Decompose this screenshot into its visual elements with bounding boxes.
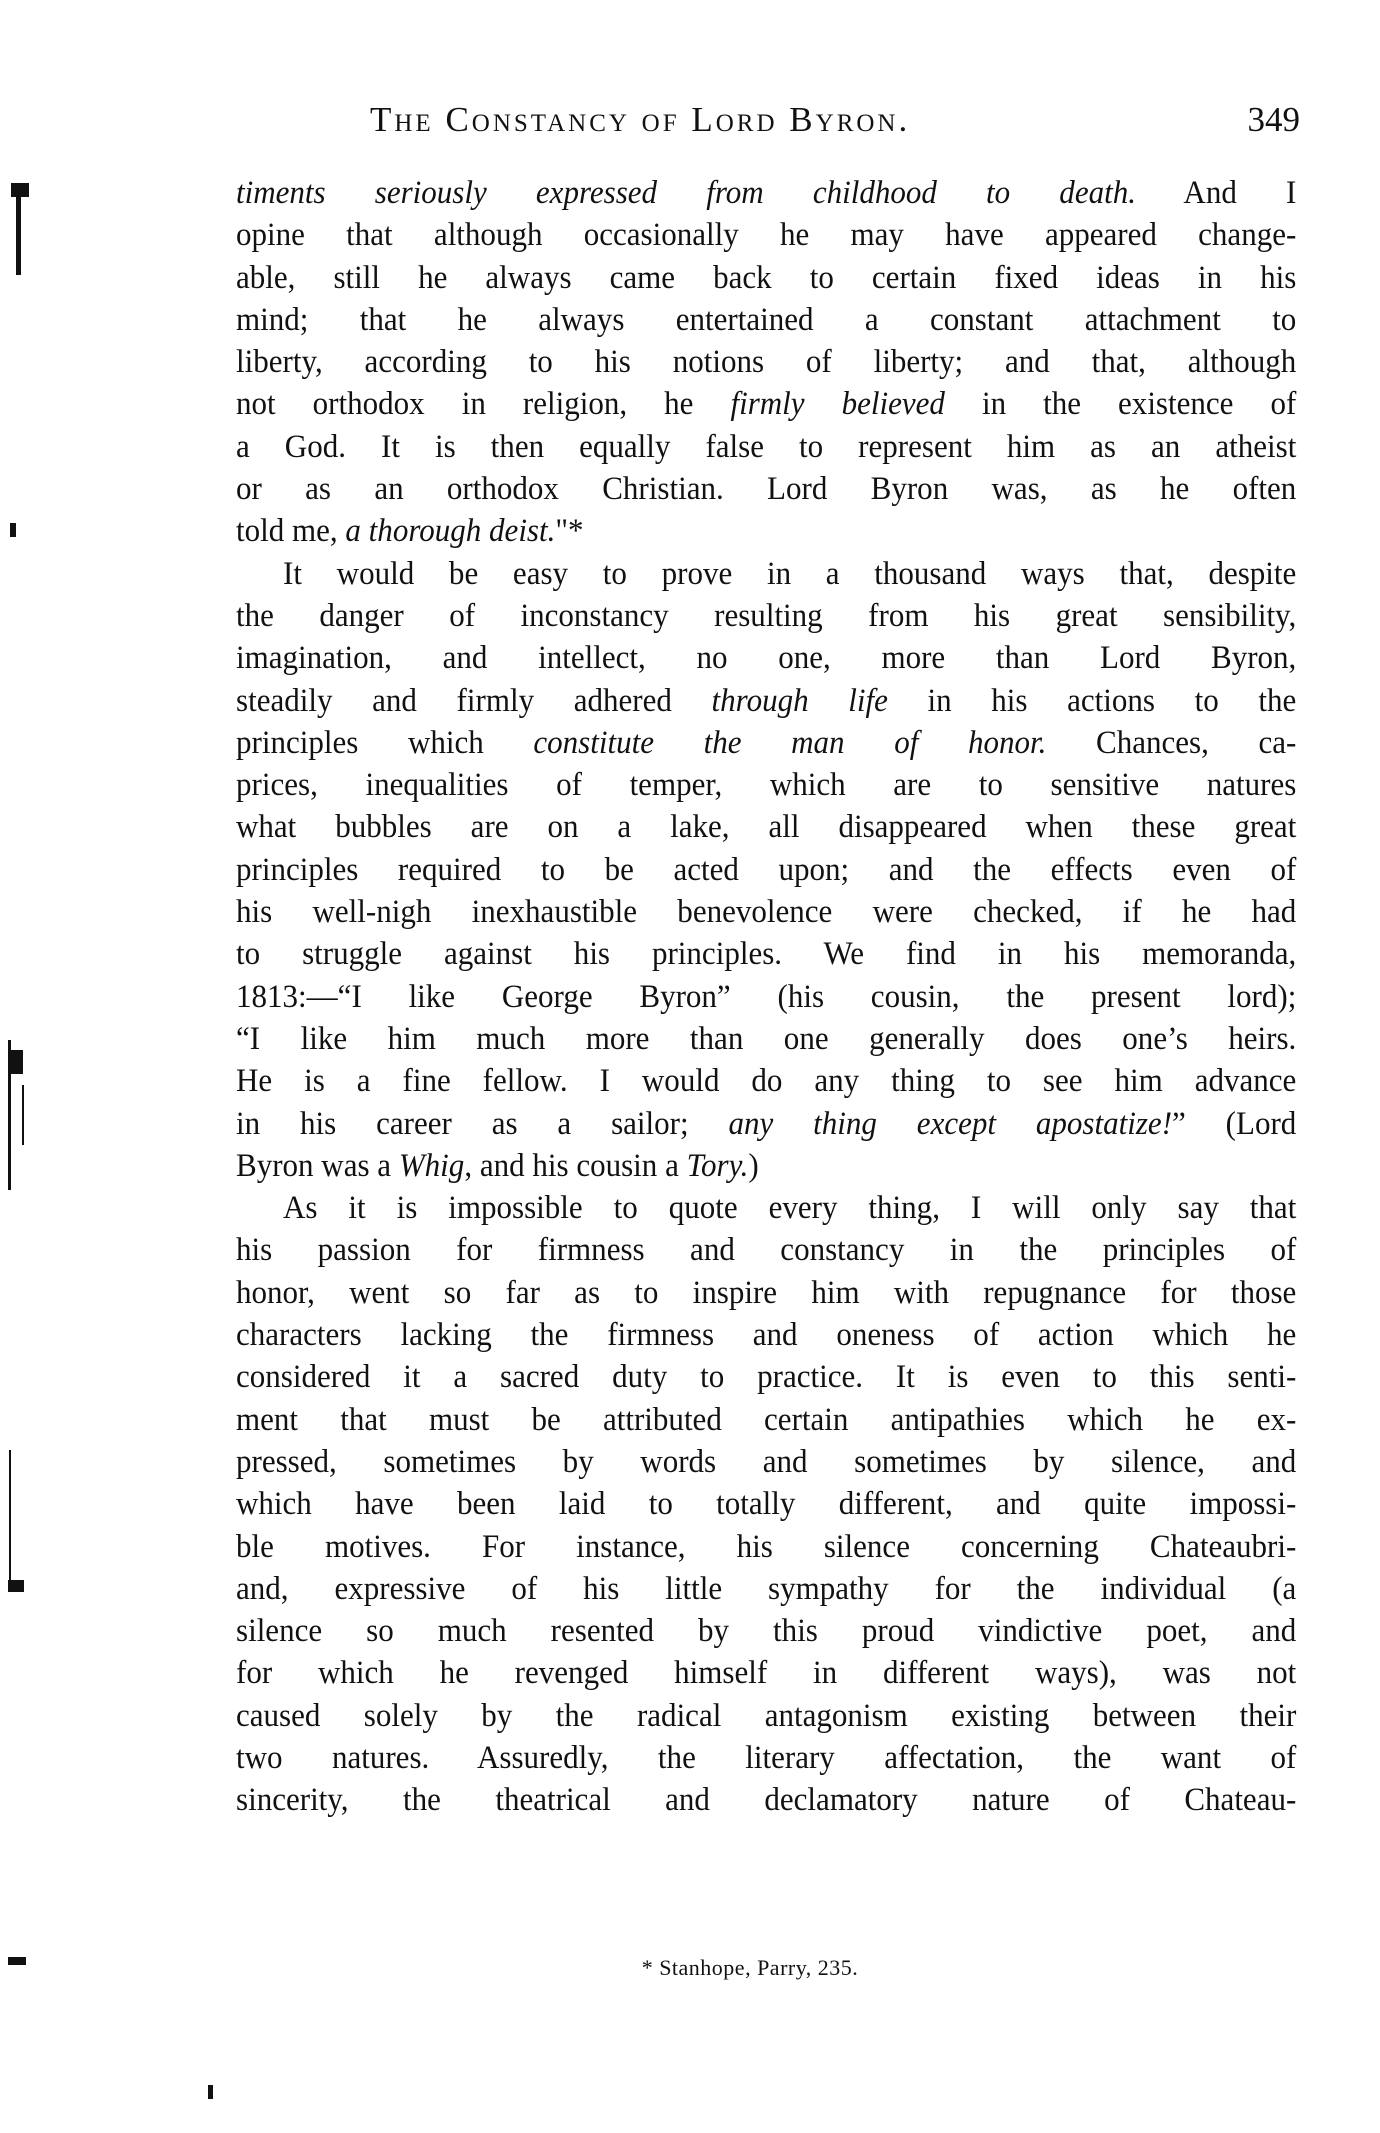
- text-segment: pressed, sometimes by words and sometime…: [236, 1444, 1296, 1480]
- text-segment: Chances, ca-: [1046, 725, 1296, 761]
- text-line: to struggle against his principles. We f…: [236, 933, 1296, 975]
- text-segment: two natures. Assuredly, the literary aff…: [236, 1740, 1296, 1776]
- text-line: able, still he always came back to certa…: [236, 257, 1296, 299]
- text-segment: characters lacking the firmness and onen…: [236, 1317, 1296, 1353]
- text-line: steadily and firmly adhered through life…: [236, 680, 1296, 722]
- text-line: characters lacking the firmness and onen…: [236, 1314, 1296, 1356]
- text-line: honor, went so far as to inspire him wit…: [236, 1272, 1296, 1314]
- footnote-text: * Stanhope, Parry, 235.: [642, 1955, 859, 1980]
- text-line: imagination, and intellect, no one, more…: [236, 637, 1296, 679]
- text-segment: caused solely by the radical antagonism …: [236, 1698, 1296, 1734]
- text-line: liberty, according to his notions of lib…: [236, 341, 1296, 383]
- text-line: pressed, sometimes by words and sometime…: [236, 1441, 1296, 1483]
- text-segment: what bubbles are on a lake, all disappea…: [236, 809, 1296, 845]
- text-line: prices, inequalities of temper, which ar…: [236, 764, 1296, 806]
- book-page: The Constancy of Lord Byron. 349 timents…: [0, 0, 1380, 2133]
- scan-edge-mark: [9, 1450, 11, 1590]
- text-segment: honor, went so far as to inspire him wit…: [236, 1275, 1296, 1311]
- italic-text: through life: [712, 683, 888, 719]
- text-segment: not orthodox in religion, he: [236, 386, 730, 422]
- text-segment: which have been laid to totally differen…: [236, 1486, 1296, 1522]
- text-segment: his well-nigh inexhaustible benevolence …: [236, 894, 1296, 930]
- text-line: He is a fine fellow. I would do any thin…: [236, 1060, 1296, 1102]
- text-segment: for which he revenged himself in differe…: [236, 1655, 1296, 1691]
- text-line: silence so much resented by this proud v…: [236, 1610, 1296, 1652]
- text-segment: told me,: [236, 513, 345, 549]
- text-line: As it is impossible to quote every thing…: [236, 1187, 1296, 1229]
- text-segment: to struggle against his principles. We f…: [236, 936, 1296, 972]
- text-segment: steadily and firmly adhered: [236, 683, 712, 719]
- text-segment: and, expressive of his little sympathy f…: [236, 1571, 1296, 1607]
- text-segment: the danger of inconstancy resulting from…: [236, 598, 1296, 634]
- text-segment: considered it a sacred duty to practice.…: [236, 1359, 1296, 1395]
- text-segment: or as an orthodox Christian. Lord Byron …: [236, 471, 1296, 507]
- scan-edge-mark: [8, 1580, 24, 1592]
- text-segment: “I like him much more than one generally…: [236, 1021, 1296, 1057]
- text-line: and, expressive of his little sympathy f…: [236, 1568, 1296, 1610]
- text-segment: It would be easy to prove in a thousand …: [283, 556, 1296, 592]
- text-segment: a God. It is then equally false to repre…: [236, 429, 1296, 465]
- scan-edge-mark: [9, 1050, 23, 1074]
- text-line: ment that must be attributed certain ant…: [236, 1399, 1296, 1441]
- italic-text: Whig: [399, 1148, 464, 1184]
- text-line: the danger of inconstancy resulting from…: [236, 595, 1296, 637]
- italic-text: constitute the man of honor.: [533, 725, 1046, 761]
- scan-edge-mark: [16, 195, 21, 275]
- scan-edge-mark: [22, 1085, 24, 1145]
- text-line: caused solely by the radical antagonism …: [236, 1695, 1296, 1737]
- text-segment: 1813:—“I like George Byron” (his cousin,…: [236, 979, 1296, 1015]
- text-line: his well-nigh inexhaustible benevolence …: [236, 891, 1296, 933]
- italic-text: firmly believed: [730, 386, 944, 422]
- text-segment: mind; that he always entertained a const…: [236, 302, 1296, 338]
- text-line: a God. It is then equally false to repre…: [236, 426, 1296, 468]
- text-segment: imagination, and intellect, no one, more…: [236, 640, 1296, 676]
- text-segment: prices, inequalities of temper, which ar…: [236, 767, 1296, 803]
- page-number: 349: [1248, 100, 1301, 140]
- text-line: considered it a sacred duty to practice.…: [236, 1356, 1296, 1398]
- text-line: or as an orthodox Christian. Lord Byron …: [236, 468, 1296, 510]
- text-segment: "*: [555, 513, 583, 549]
- text-segment: in the existence of: [945, 386, 1296, 422]
- text-line: his passion for firmness and constancy i…: [236, 1229, 1296, 1271]
- text-segment: He is a fine fellow. I would do any thin…: [236, 1063, 1296, 1099]
- text-segment: Byron was a: [236, 1148, 399, 1184]
- text-segment: ble motives. For instance, his silence c…: [236, 1529, 1296, 1565]
- text-segment: in his career as a sailor;: [236, 1106, 728, 1142]
- text-line: 1813:—“I like George Byron” (his cousin,…: [236, 976, 1296, 1018]
- body-text: timents seriously expressed from childho…: [236, 172, 1296, 1822]
- running-title: The Constancy of Lord Byron.: [370, 100, 910, 140]
- text-line: for which he revenged himself in differe…: [236, 1652, 1296, 1694]
- text-line: principles which constitute the man of h…: [236, 722, 1296, 764]
- text-segment: ” (Lord: [1172, 1106, 1296, 1142]
- text-line: not orthodox in religion, he firmly beli…: [236, 383, 1296, 425]
- text-segment: in his actions to the: [888, 683, 1296, 719]
- text-line: which have been laid to totally differen…: [236, 1483, 1296, 1525]
- text-line: sincerity, the theatrical and declamator…: [236, 1779, 1296, 1821]
- running-head: The Constancy of Lord Byron. 349: [370, 100, 1300, 150]
- text-segment: opine that although occasionally he may …: [236, 217, 1296, 253]
- italic-text: timents seriously expressed from childho…: [236, 175, 1136, 211]
- text-line: what bubbles are on a lake, all disappea…: [236, 806, 1296, 848]
- text-line: “I like him much more than one generally…: [236, 1018, 1296, 1060]
- text-segment: silence so much resented by this proud v…: [236, 1613, 1296, 1649]
- scan-edge-mark: [10, 523, 16, 537]
- text-line: timents seriously expressed from childho…: [236, 172, 1296, 214]
- text-segment: , and his cousin a: [464, 1148, 686, 1184]
- text-line: Byron was a Whig, and his cousin a Tory.…: [236, 1145, 1296, 1187]
- footnote: * Stanhope, Parry, 235.: [0, 1955, 1380, 1981]
- text-segment: ): [748, 1148, 758, 1184]
- text-line: two natures. Assuredly, the literary aff…: [236, 1737, 1296, 1779]
- text-segment: his passion for firmness and constancy i…: [236, 1232, 1296, 1268]
- text-line: It would be easy to prove in a thousand …: [236, 553, 1296, 595]
- text-segment: sincerity, the theatrical and declamator…: [236, 1782, 1296, 1818]
- text-segment: principles which: [236, 725, 533, 761]
- text-line: told me, a thorough deist."*: [236, 510, 1296, 552]
- text-line: mind; that he always entertained a const…: [236, 299, 1296, 341]
- text-line: principles required to be acted upon; an…: [236, 849, 1296, 891]
- text-segment: And I: [1136, 175, 1296, 211]
- text-line: ble motives. For instance, his silence c…: [236, 1526, 1296, 1568]
- text-line: opine that although occasionally he may …: [236, 214, 1296, 256]
- scan-edge-mark: [208, 2085, 213, 2099]
- italic-text: Tory.: [687, 1148, 749, 1184]
- text-line: in his career as a sailor; any thing exc…: [236, 1103, 1296, 1145]
- text-segment: able, still he always came back to certa…: [236, 260, 1296, 296]
- text-segment: As it is impossible to quote every thing…: [283, 1190, 1296, 1226]
- text-segment: ment that must be attributed certain ant…: [236, 1402, 1296, 1438]
- text-segment: principles required to be acted upon; an…: [236, 852, 1296, 888]
- italic-text: any thing except apostatize!: [728, 1106, 1172, 1142]
- text-segment: liberty, according to his notions of lib…: [236, 344, 1296, 380]
- italic-text: a thorough deist.: [345, 513, 555, 549]
